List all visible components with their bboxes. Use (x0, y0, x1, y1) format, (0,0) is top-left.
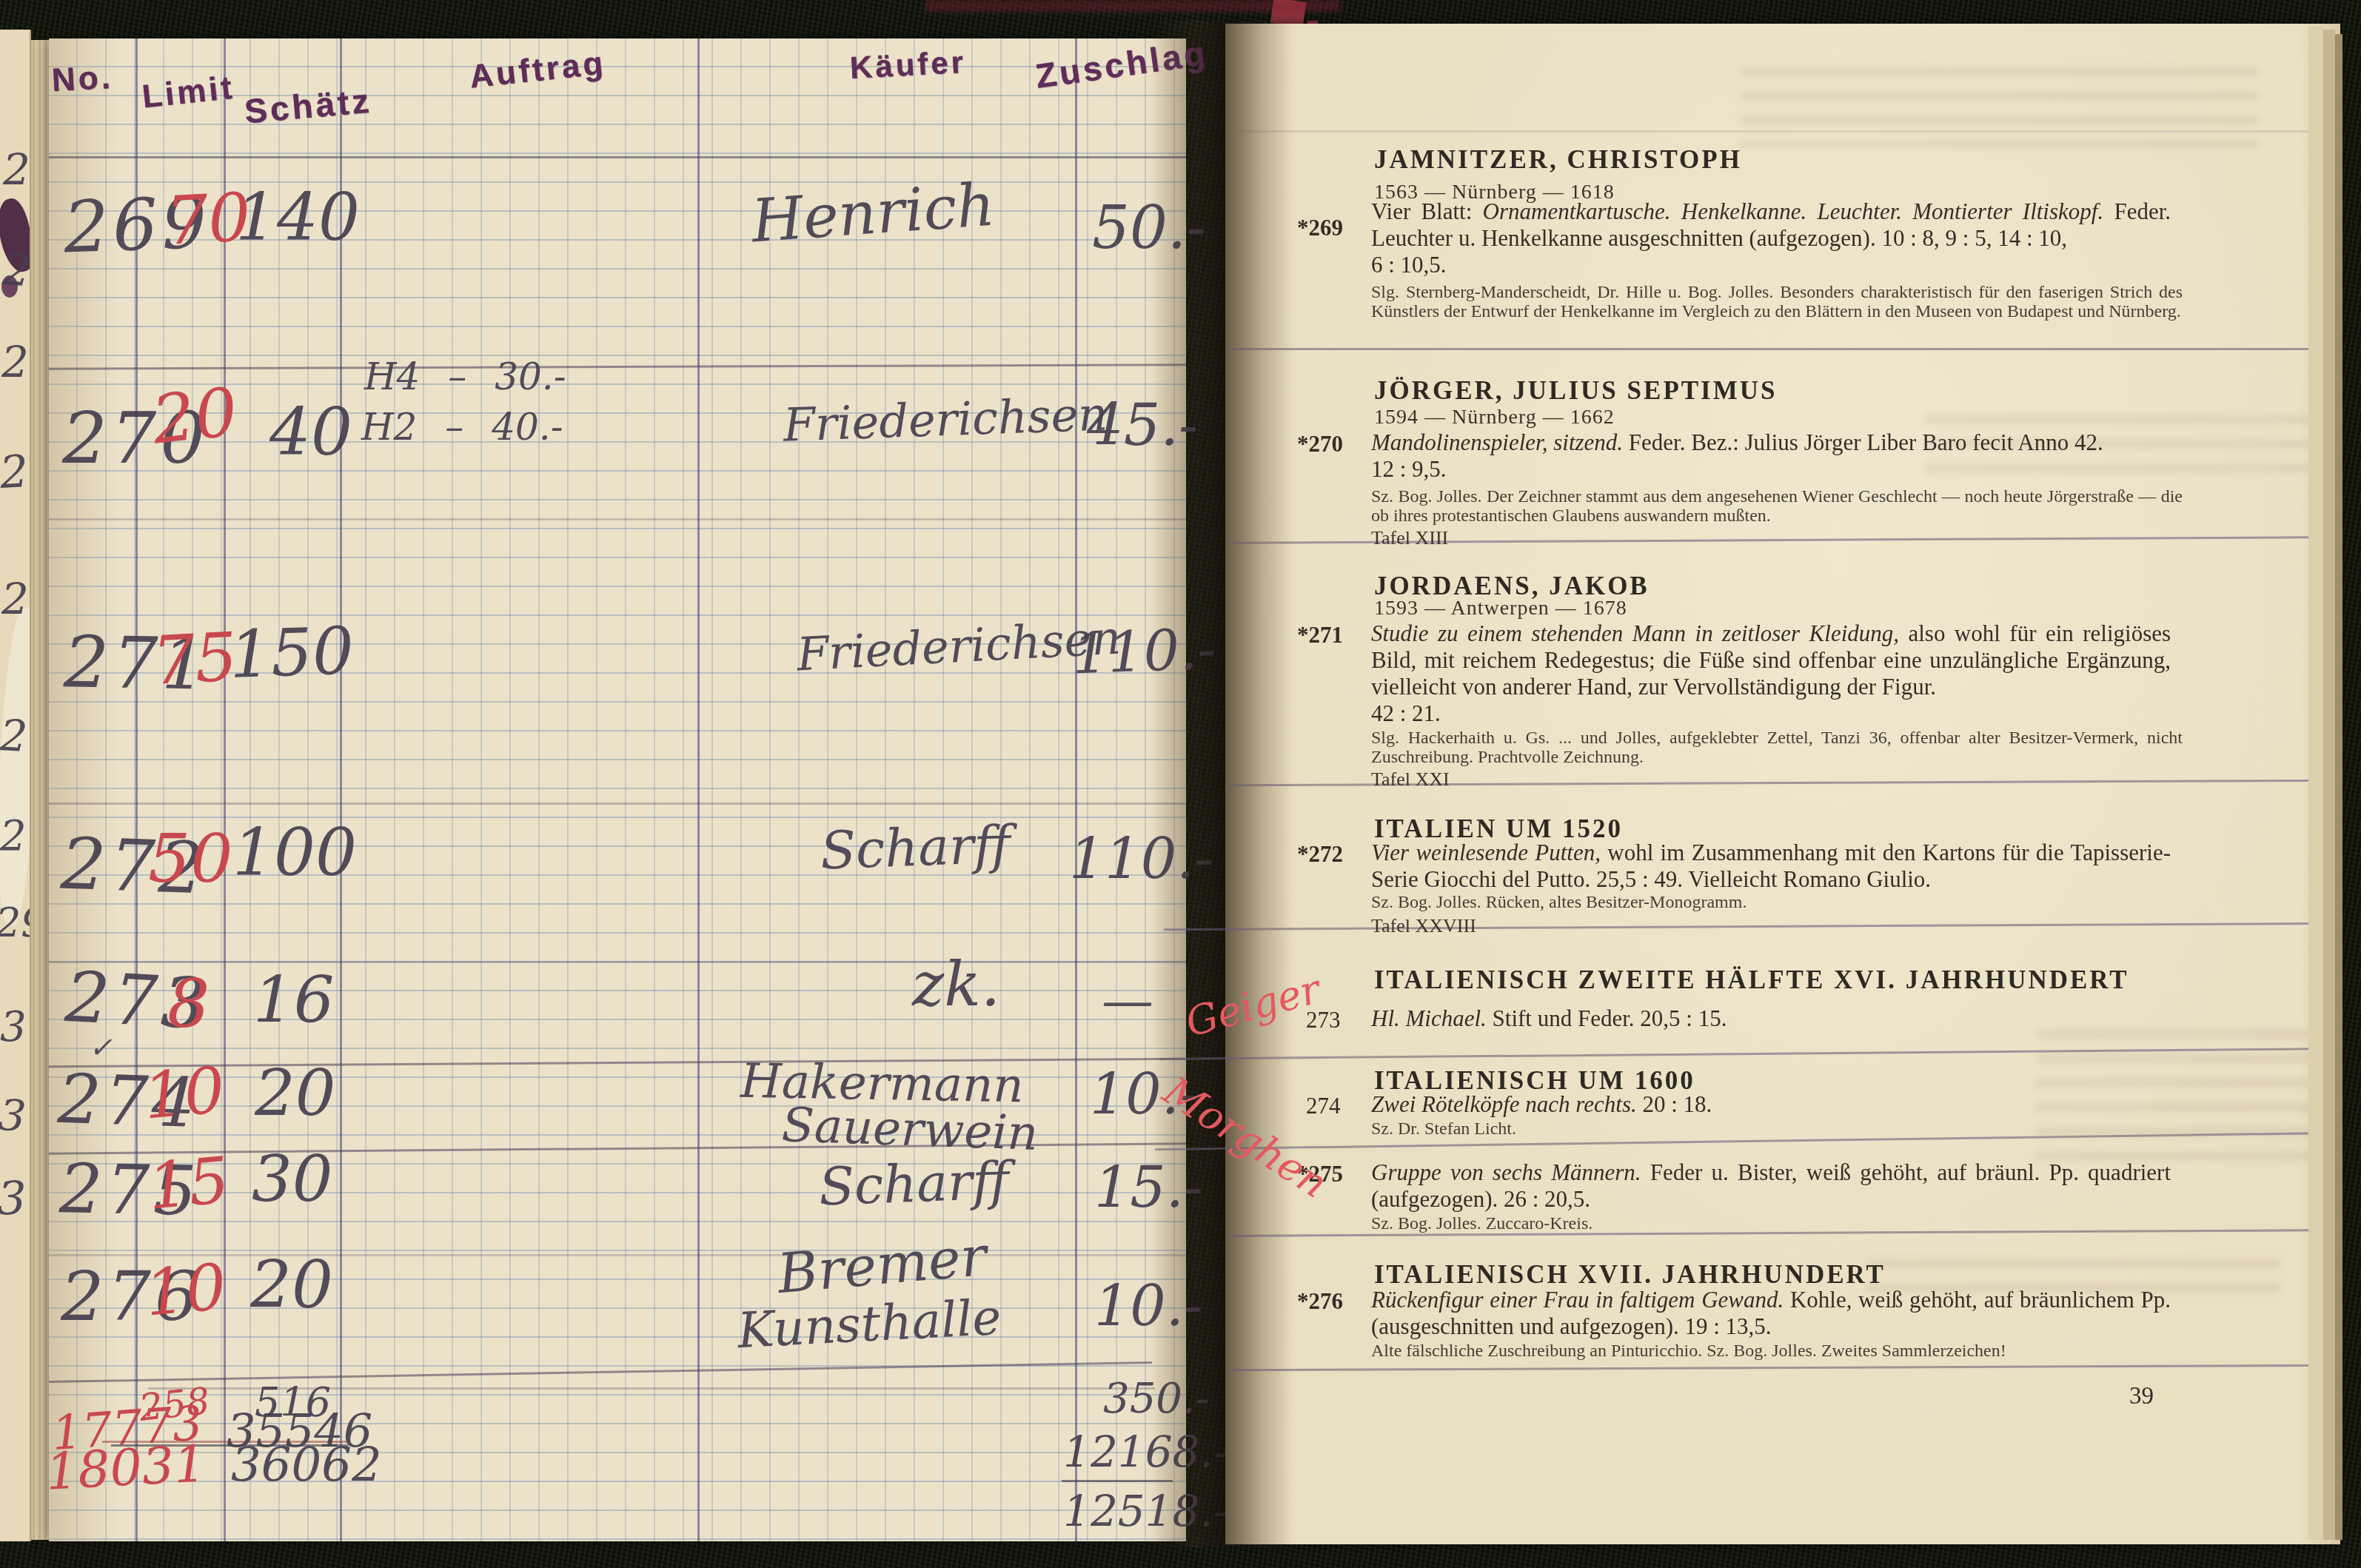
stub-digit: 2 (0, 816, 27, 857)
stub-digit: 2 (1, 577, 29, 620)
book-spread: 2 2 2 2 2 2 2 29 3 3 3 No. Limit Schätz … (0, 0, 2361, 1568)
catalog-artist-dates: 1593 — Antwerpen — 1678 (1374, 597, 1627, 620)
ledger-row-270-auftrag-2: H2 – 40.- (361, 409, 563, 446)
spine-cloth (925, 0, 1340, 12)
lot-title: Studie zu einem stehenden Mann in zeitlo… (1371, 620, 1899, 646)
lot-prefix: Vier Blatt: (1371, 198, 1472, 224)
ledger-row-275-limit: 15 (145, 1148, 232, 1219)
ledger-row-272-schaetz: 100 (232, 820, 357, 885)
ledger-row-275-kaeufer: Scharff (818, 1155, 1010, 1213)
column-rule (340, 38, 342, 1541)
catalog-lot-text: Vier weinlesende Putten, wohl im Zusamme… (1371, 840, 2171, 893)
lot-description: Feder. Bez.: Julius Jörger Liber Baro fe… (1629, 429, 2103, 455)
stub-digit: 2 (0, 714, 28, 758)
stub-digit: 2 (1, 341, 29, 383)
ledger-row-272-zuschlag: 110.- (1069, 831, 1213, 887)
catalog-page-number: 39 (2129, 1383, 2154, 1410)
ledger-row-273-zuschlag: — (1102, 974, 1153, 1026)
catalog-lot-number: *269 (1297, 215, 1343, 241)
ledger-header-no: No. (51, 59, 114, 99)
lot-size: 12 : 9,5. (1371, 456, 2171, 483)
ledger-row-273-kaeufer: zk. (912, 955, 1000, 1016)
ledger-row-276-zuschlag: 10.- (1094, 1278, 1203, 1334)
stub-digit: 3 (0, 1176, 26, 1222)
row-line (49, 803, 1186, 805)
ledger-row-275-zuschlag: 15.- (1094, 1159, 1203, 1216)
row-line (49, 156, 1186, 158)
ledger-row-275-schaetz: 30 (252, 1147, 332, 1211)
catalog-artist-heading: ITALIENISCH ZWEITE HÄLFTE XVI. JAHRHUNDE… (1374, 965, 2129, 995)
ledger-row-273-checkmark: ✓ (89, 1033, 113, 1062)
catalog-tafel: Tafel XXI (1371, 768, 1450, 791)
catalog-lot-text: Studie zu einem stehenden Mann in zeitlo… (1371, 620, 2171, 727)
catalog-artist-heading: JÖRGER, JULIUS SEPTIMUS (1374, 376, 1778, 406)
ledger-row-276-schaetz: 20 (250, 1253, 333, 1318)
catalog-tafel: Tafel XXVIII (1371, 915, 1476, 937)
row-line (49, 961, 1186, 963)
page-edge-stack (31, 40, 49, 1540)
catalog-note: Slg. Sternberg-Manderscheidt, Dr. Hille … (1371, 283, 2183, 321)
catalog-lot-text: Mandolinenspieler, sitzend. Feder. Bez.:… (1371, 429, 2171, 483)
catalog-lot-number: 274 (1306, 1093, 1341, 1119)
lot-description: Stift und Feder. 20,5 : 15. (1493, 1005, 1727, 1031)
torn-paper-edge (0, 606, 31, 926)
catalog-note: Slg. Hackerhaith u. Gs. ... und Jolles, … (1371, 728, 2183, 767)
ledger-row-271-zuschlag: 110.- (1071, 621, 1217, 683)
ledger-row-271-schaetz: 150 (229, 618, 355, 688)
stub-digit: 2 (3, 148, 30, 191)
catalog-artist-dates: 1594 — Nürnberg — 1662 (1374, 406, 1615, 429)
ledger-row-272-limit: 50 (148, 826, 233, 893)
catalog-tafel: Tafel XIII (1371, 527, 1448, 549)
catalog-note: Sz. Dr. Stefan Licht. (1371, 1119, 2183, 1139)
stub-digit: 29 (0, 903, 31, 943)
catalog-lot-text: Hl. Michael. Stift und Feder. 20,5 : 15. (1371, 1005, 2171, 1032)
lot-title: Hl. Michael. (1371, 1005, 1487, 1031)
lot-title: Rückenfigur einer Frau in faltigem Gewan… (1371, 1287, 1784, 1313)
lot-size: 42 : 21. (1371, 700, 2171, 727)
torn-page-stub: 2 2 2 2 2 2 2 29 3 3 3 (0, 30, 31, 1541)
lot-description: 20 : 18. (1642, 1091, 1712, 1117)
catalog-note: Sz. Bog. Jolles. Zuccaro-Kreis. (1371, 1214, 2183, 1233)
page-edge (2323, 30, 2335, 1540)
catalog-lot-number: *271 (1297, 622, 1343, 649)
stub-digit: 2 (0, 449, 30, 495)
separator-line (1238, 130, 2326, 133)
separator-line (1229, 348, 2340, 350)
ledger-row-274-limit: 10 (141, 1058, 227, 1128)
lot-title: Zwei Rötelköpfe nach rechts. (1371, 1091, 1637, 1117)
column-rule (697, 38, 700, 1541)
ledger-row-269-schaetz: 140 (235, 185, 360, 250)
ledger-row-272-kaeufer: Scharff (820, 819, 1011, 877)
row-line (49, 518, 1186, 520)
ledger-row-273-limit: 8 (167, 971, 210, 1038)
ledger-row-270-limit: 20 (150, 379, 241, 454)
catalog-lot-text: Vier Blatt: Ornamentkartusche. Henkelkan… (1371, 198, 2171, 278)
stub-digit: 3 (0, 1007, 27, 1048)
ledger-row-274-kaeufer-2: Sauerwein (781, 1102, 1039, 1158)
catalog-note: Alte fälschliche Zuschreibung an Pinturi… (1371, 1341, 2183, 1361)
ledger-row-270-kaeufer: Friederichsen (783, 391, 1108, 448)
ledger-sum-zuschlag-total: 12518.- (1063, 1490, 1228, 1532)
stub-digit: 2 (1, 248, 31, 292)
catalog-lot-text: Zwei Rötelköpfe nach rechts. 20 : 18. (1371, 1091, 2171, 1118)
ledger-row-271-limit: 75 (151, 624, 239, 695)
stub-digit: 3 (0, 1093, 27, 1139)
lot-title: Ornamentkartusche. Henkelkanne. Leuchter… (1483, 198, 2104, 224)
ledger-row-270-zuschlag: 45.- (1087, 397, 1198, 455)
page-edge (2308, 27, 2323, 1540)
catalog-lot-text: Gruppe von sechs Männern. Feder u. Biste… (1371, 1159, 2171, 1213)
ledger-row-276-limit: 10 (142, 1255, 229, 1325)
ledger-row-274-schaetz: 20 (255, 1062, 335, 1125)
catalog-lot-number: *272 (1297, 841, 1343, 868)
catalog-lot-number: *270 (1297, 431, 1343, 458)
catalog-note: Sz. Bog. Jolles. Der Zeichner stammt aus… (1371, 487, 2183, 526)
ledger-row-273-schaetz: 16 (253, 968, 334, 1032)
catalog-artist-heading: ITALIENISCH XVII. JAHRHUNDERT (1374, 1260, 1886, 1290)
page-edge (2335, 34, 2342, 1540)
catalog-lot-text: Rückenfigur einer Frau in faltigem Gewan… (1371, 1287, 2171, 1340)
catalog-artist-heading: JAMNITZER, CHRISTOPH (1374, 145, 1742, 175)
bleed-through (1740, 67, 2258, 148)
lot-title: Vier weinlesende Putten, (1371, 840, 1601, 865)
ledger-row-276-kaeufer-2: Kunsthalle (737, 1293, 1002, 1356)
catalog-note: Sz. Bog. Jolles. Rücken, altes Besitzer-… (1371, 893, 2183, 912)
column-rule (1075, 38, 1077, 1541)
lot-title: Mandolinenspieler, sitzend. (1371, 429, 1623, 455)
lot-title: Gruppe von sechs Männern. (1371, 1159, 1641, 1185)
ledger-sum-zuschlag-addend: 12168.- (1063, 1430, 1228, 1473)
ledger-row-270-auftrag-1: H4 – 30.- (364, 358, 566, 395)
catalog-lot-number: *276 (1297, 1288, 1343, 1315)
sum-underline (1062, 1480, 1173, 1482)
ledger-row-269-zuschlag: 50.- (1092, 198, 1206, 258)
ledger-header-kaeufer: Käufer (849, 44, 967, 86)
lot-size: 6 : 10,5. (1371, 252, 2171, 278)
ledger-row-269-kaeufer: Henrich (750, 175, 997, 252)
ledger-sum-limit-total: 18031 (44, 1439, 207, 1498)
ledger-sum-zuschlag-top: 350.- (1103, 1378, 1210, 1420)
ledger-sum-schaetz-total: 36062 (231, 1442, 382, 1490)
ledger-row-270-schaetz: 40 (269, 400, 352, 465)
